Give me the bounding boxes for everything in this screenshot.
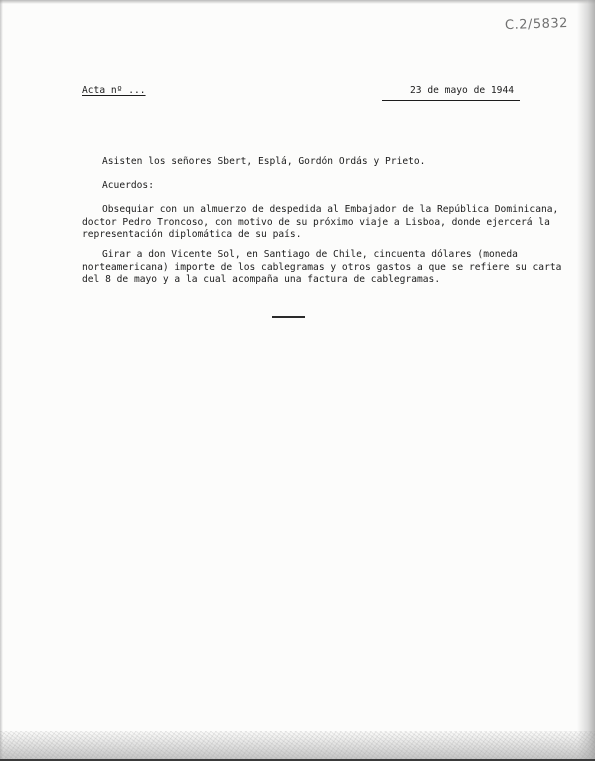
archive-reference: C.2/5832 (505, 16, 568, 33)
scan-edge-top (0, 0, 595, 4)
attendance-line: Asisten los señores Sbert, Esplá, Gordón… (102, 156, 425, 169)
acta-number: Acta nº ... (82, 85, 146, 98)
scan-edge-left (0, 0, 3, 761)
document-date: 23 de mayo de 1944 (382, 85, 520, 101)
agreement-paragraph: Obsequiar con un almuerzo de despedida a… (82, 204, 562, 242)
scan-edge-bottom (0, 731, 595, 761)
document-page: C.2/5832 Acta nº ... 23 de mayo de 1944 … (0, 0, 595, 761)
scan-edge-right (577, 0, 595, 761)
agreement-paragraph: Girar a don Vicente Sol, en Santiago de … (82, 249, 562, 287)
closing-rule (272, 316, 305, 318)
agreements-heading: Acuerdos: (102, 180, 154, 193)
